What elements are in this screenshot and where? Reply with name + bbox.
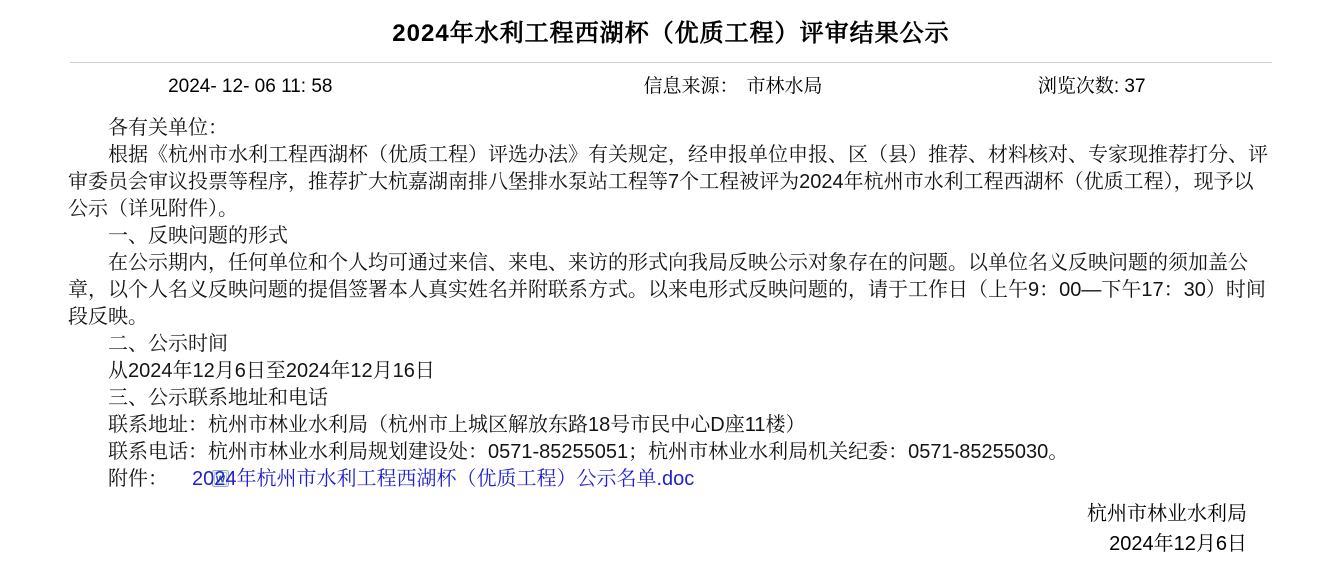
word-doc-icon[interactable]: W	[172, 468, 189, 485]
announcement-body: 各有关单位： 根据《杭州市水利工程西湖杯（优质工程）评选办法》有关规定，经申报单…	[0, 107, 1342, 493]
view-count-value: 37	[1124, 76, 1145, 97]
info-source-label: 信息来源：	[643, 76, 738, 97]
section-1-body: 在公示期内，任何单位和个人均可通过来信、来电、来访的形式向我局反映公示对象存在的…	[68, 250, 1272, 331]
info-source: 信息来源：市林水局	[493, 75, 974, 99]
section-2-heading: 二、公示时间	[68, 331, 1272, 358]
section-1-heading: 一、反映问题的形式	[68, 223, 1272, 250]
page-title: 2024年水利工程西湖杯（优质工程）评审结果公示	[0, 0, 1342, 62]
salutation: 各有关单位：	[68, 115, 1272, 142]
view-count-label: 浏览次数:	[1038, 76, 1119, 97]
intro-paragraph: 根据《杭州市水利工程西湖杯（优质工程）评选办法》有关规定，经申报单位申报、区（县…	[68, 142, 1272, 223]
signature-org: 杭州市林业水利局	[0, 499, 1247, 529]
attachment-link[interactable]: 2024年杭州市水利工程西湖杯（优质工程）公示名单.doc	[192, 468, 694, 490]
meta-bar: 2024- 12- 06 11: 58 信息来源：市林水局 浏览次数: 37	[0, 63, 1342, 107]
info-source-value: 市林水局	[746, 76, 822, 97]
section-2-body: 从2024年12月6日至2024年12月16日	[68, 358, 1272, 385]
attachment-line: 附件：W2024年杭州市水利工程西湖杯（优质工程）公示名单.doc	[68, 466, 1272, 493]
signature-block: 杭州市林业水利局 2024年12月6日	[0, 499, 1342, 559]
contact-address-line: 联系地址：杭州市林业水利局（杭州市上城区解放东路18号市民中心D座11楼）	[68, 412, 1272, 439]
publish-datetime: 2024- 12- 06 11: 58	[70, 75, 431, 99]
announcement-page: 2024年水利工程西湖杯（优质工程）评审结果公示 2024- 12- 06 11…	[0, 0, 1342, 565]
attachment-label: 附件：	[108, 468, 168, 490]
contact-phone-line: 联系电话：杭州市林业水利局规划建设处：0571-85255051；杭州市林业水利…	[68, 439, 1272, 466]
section-3-heading: 三、公示联系地址和电话	[68, 385, 1272, 412]
signature-date: 2024年12月6日	[0, 529, 1247, 559]
